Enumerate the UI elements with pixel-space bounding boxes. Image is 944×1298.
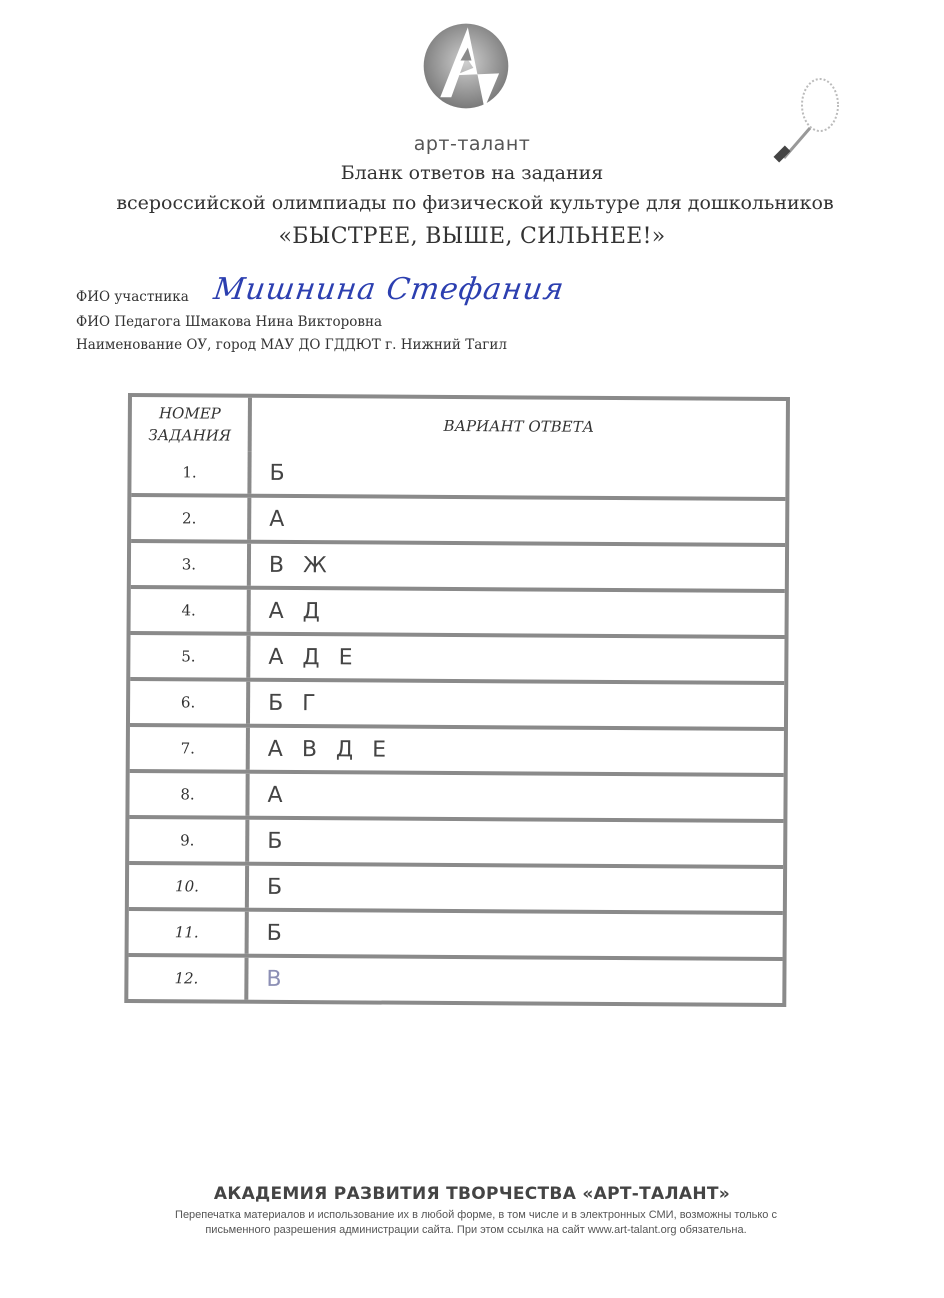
answer-handwritten: В <box>248 958 782 1003</box>
form-subtitle: всероссийской олимпиады по физической ку… <box>60 192 890 214</box>
task-number: 12. <box>128 957 248 1000</box>
task-number: 4. <box>131 589 251 632</box>
answer-handwritten: А <box>249 774 783 819</box>
table-row: 8.А <box>129 769 783 819</box>
participant-line: ФИО участника <box>76 289 189 305</box>
task-number: 10. <box>129 865 249 908</box>
task-number: 6. <box>130 681 250 724</box>
table-row: 12.В <box>128 953 782 1003</box>
task-number: 3. <box>131 543 251 586</box>
task-number: 9. <box>129 819 249 862</box>
answer-handwritten: Б <box>251 452 785 497</box>
footer-line: письменного разрешения администрации сай… <box>96 1223 856 1238</box>
task-number: 2. <box>131 497 251 540</box>
task-number: 5. <box>130 635 250 678</box>
institution-line: Наименование ОУ, город МАУ ДО ГДДЮТ г. Н… <box>76 337 507 353</box>
answer-handwritten: Б <box>249 820 783 865</box>
table-row: 11.Б <box>129 907 783 957</box>
col-task-number-header: НОМЕР ЗАДАНИЯ <box>132 397 252 452</box>
answers-table: НОМЕР ЗАДАНИЯ ВАРИАНТ ОТВЕТА 1.Б2.А3.В Ж… <box>124 393 790 1007</box>
footer-title: АКАДЕМИЯ РАЗВИТИЯ ТВОРЧЕСТВА «АРТ-ТАЛАНТ… <box>0 1184 944 1204</box>
participant-label: ФИО участника <box>76 289 189 305</box>
answer-handwritten: А Д Е <box>250 636 784 681</box>
table-row: 9.Б <box>129 815 783 865</box>
institution-value: МАУ ДО ГДДЮТ г. Нижний Тагил <box>260 337 507 353</box>
olympiad-name: «БЫСТРЕЕ, ВЫШЕ, СИЛЬНЕЕ!» <box>0 224 944 249</box>
task-number: 8. <box>129 773 249 816</box>
participant-name-handwritten: Мишнина Стефания <box>212 272 567 307</box>
answer-handwritten: Б <box>249 912 783 957</box>
form-title: Бланк ответов на задания <box>0 162 944 184</box>
footer-line: Перепечатка материалов и использование и… <box>96 1208 856 1223</box>
answer-handwritten: Б <box>249 866 783 911</box>
table-row: 1.Б <box>131 451 785 497</box>
answer-handwritten: Б Г <box>250 682 784 727</box>
answer-handwritten: А <box>251 498 785 543</box>
table-header: НОМЕР ЗАДАНИЯ ВАРИАНТ ОТВЕТА <box>132 397 786 455</box>
col-answer-header: ВАРИАНТ ОТВЕТА <box>252 398 786 455</box>
task-number: 11. <box>129 911 249 954</box>
tennis-racket-icon <box>770 70 850 170</box>
table-row: 2.А <box>131 493 785 543</box>
table-row: 6.Б Г <box>130 677 784 727</box>
table-row: 3.В Ж <box>131 539 785 589</box>
table-row: 10.Б <box>129 861 783 911</box>
answer-handwritten: А Д <box>251 590 785 635</box>
header-text: ЗАДАНИЯ <box>148 424 231 447</box>
teacher-value: Шмакова Нина Викторовна <box>185 314 382 330</box>
answer-handwritten: В Ж <box>251 544 785 589</box>
task-number: 7. <box>130 727 250 770</box>
teacher-line: ФИО Педагога Шмакова Нина Викторовна <box>76 314 382 330</box>
footer-copyright: Перепечатка материалов и использование и… <box>96 1208 856 1238</box>
table-row: 7.А В Д Е <box>130 723 784 773</box>
table-row: 4.А Д <box>131 585 785 635</box>
art-talant-logo-icon <box>420 20 512 112</box>
answer-handwritten: А В Д Е <box>250 728 784 773</box>
institution-label: Наименование ОУ, город <box>76 337 256 353</box>
table-row: 5.А Д Е <box>130 631 784 681</box>
task-number: 1. <box>131 451 251 494</box>
teacher-label: ФИО Педагога <box>76 314 181 330</box>
header-text: НОМЕР <box>159 402 221 424</box>
